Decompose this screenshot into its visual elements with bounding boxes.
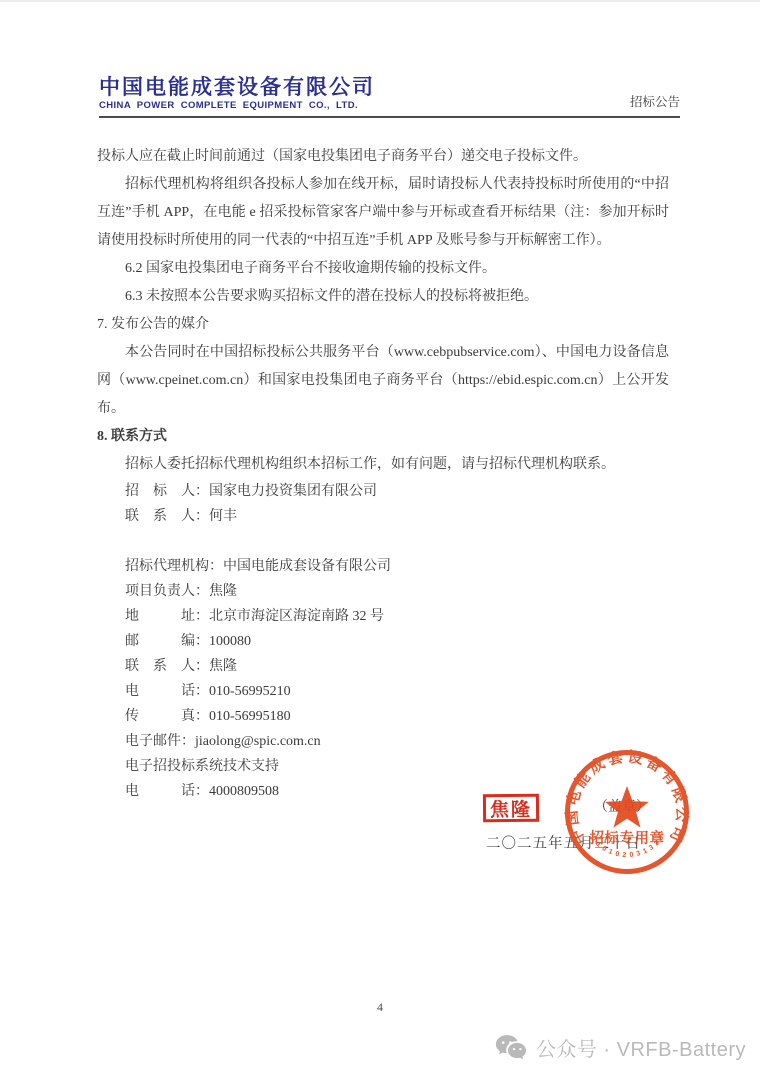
document-body: 投标人应在截止时间前通过（国家电投集团电子商务平台）递交电子投标文件。招标代理机… [97, 143, 669, 804]
paragraph: 投标人应在截止时间前通过（国家电投集团电子商务平台）递交电子投标文件。 [97, 143, 669, 171]
watermark-footer: 公众号 · VRFB-Battery [495, 1033, 746, 1062]
paragraph: 本公告同时在中国招标投标公共服务平台（www.cebpubservice.com… [97, 339, 669, 423]
personal-name-seal: 焦隆 [483, 794, 539, 822]
paragraph: 招标代理机构将组织各投标人参加在线开标，届时请投标人代表持投标时所使用的“中招互… [97, 171, 669, 255]
watermark-text: 公众号 · VRFB-Battery [536, 1033, 746, 1062]
paragraph: 8. 联系方式 [97, 423, 669, 451]
contact-line: 招标代理机构：中国电能成套设备有限公司 [97, 554, 669, 579]
contact-line [97, 529, 669, 554]
contact-line: 电 话：010-56995210 [97, 679, 669, 704]
page-number: 4 [0, 1000, 760, 1015]
company-round-seal-icon: 中国电能成套设备有限公司 招标专用章 1101020313384 [560, 745, 694, 883]
contact-line: 项目负责人：焦隆 [97, 579, 669, 604]
contact-line: 联 系 人：何丰 [97, 504, 669, 529]
company-name-en: CHINA POWER COMPLETE EQUIPMENT CO., LTD. [99, 100, 375, 111]
wechat-icon [495, 1034, 527, 1061]
letterhead: 中国电能成套设备有限公司 CHINA POWER COMPLETE EQUIPM… [99, 76, 680, 118]
company-logo: 中国电能成套设备有限公司 CHINA POWER COMPLETE EQUIPM… [99, 76, 375, 111]
document-page: 中国电能成套设备有限公司 CHINA POWER COMPLETE EQUIPM… [0, 0, 760, 1077]
contact-line: 邮 编：100080 [97, 629, 669, 654]
contact-line: 传 真：010-56995180 [97, 704, 669, 729]
company-name-cn: 中国电能成套设备有限公司 [99, 76, 375, 99]
paragraph: 6.3 未按照本公告要求购买招标文件的潜在投标人的投标将被拒绝。 [97, 283, 669, 311]
paragraph: 招标人委托招标代理机构组织本招标工作，如有问题，请与招标代理机构联系。 [97, 451, 669, 479]
contact-line: 招 标 人：国家电力投资集团有限公司 [97, 479, 669, 504]
paragraph: 7. 发布公告的媒介 [97, 311, 669, 339]
seal-star-icon [605, 786, 649, 828]
paragraph: 6.2 国家电投集团电子商务平台不接收逾期传输的投标文件。 [97, 255, 669, 283]
contact-line: 地 址：北京市海淀区海淀南路 32 号 [97, 604, 669, 629]
body-paragraphs: 投标人应在截止时间前通过（国家电投集团电子商务平台）递交电子投标文件。招标代理机… [97, 143, 669, 479]
contact-line: 联 系 人：焦隆 [97, 654, 669, 679]
doc-type-label: 招标公告 [630, 92, 680, 111]
